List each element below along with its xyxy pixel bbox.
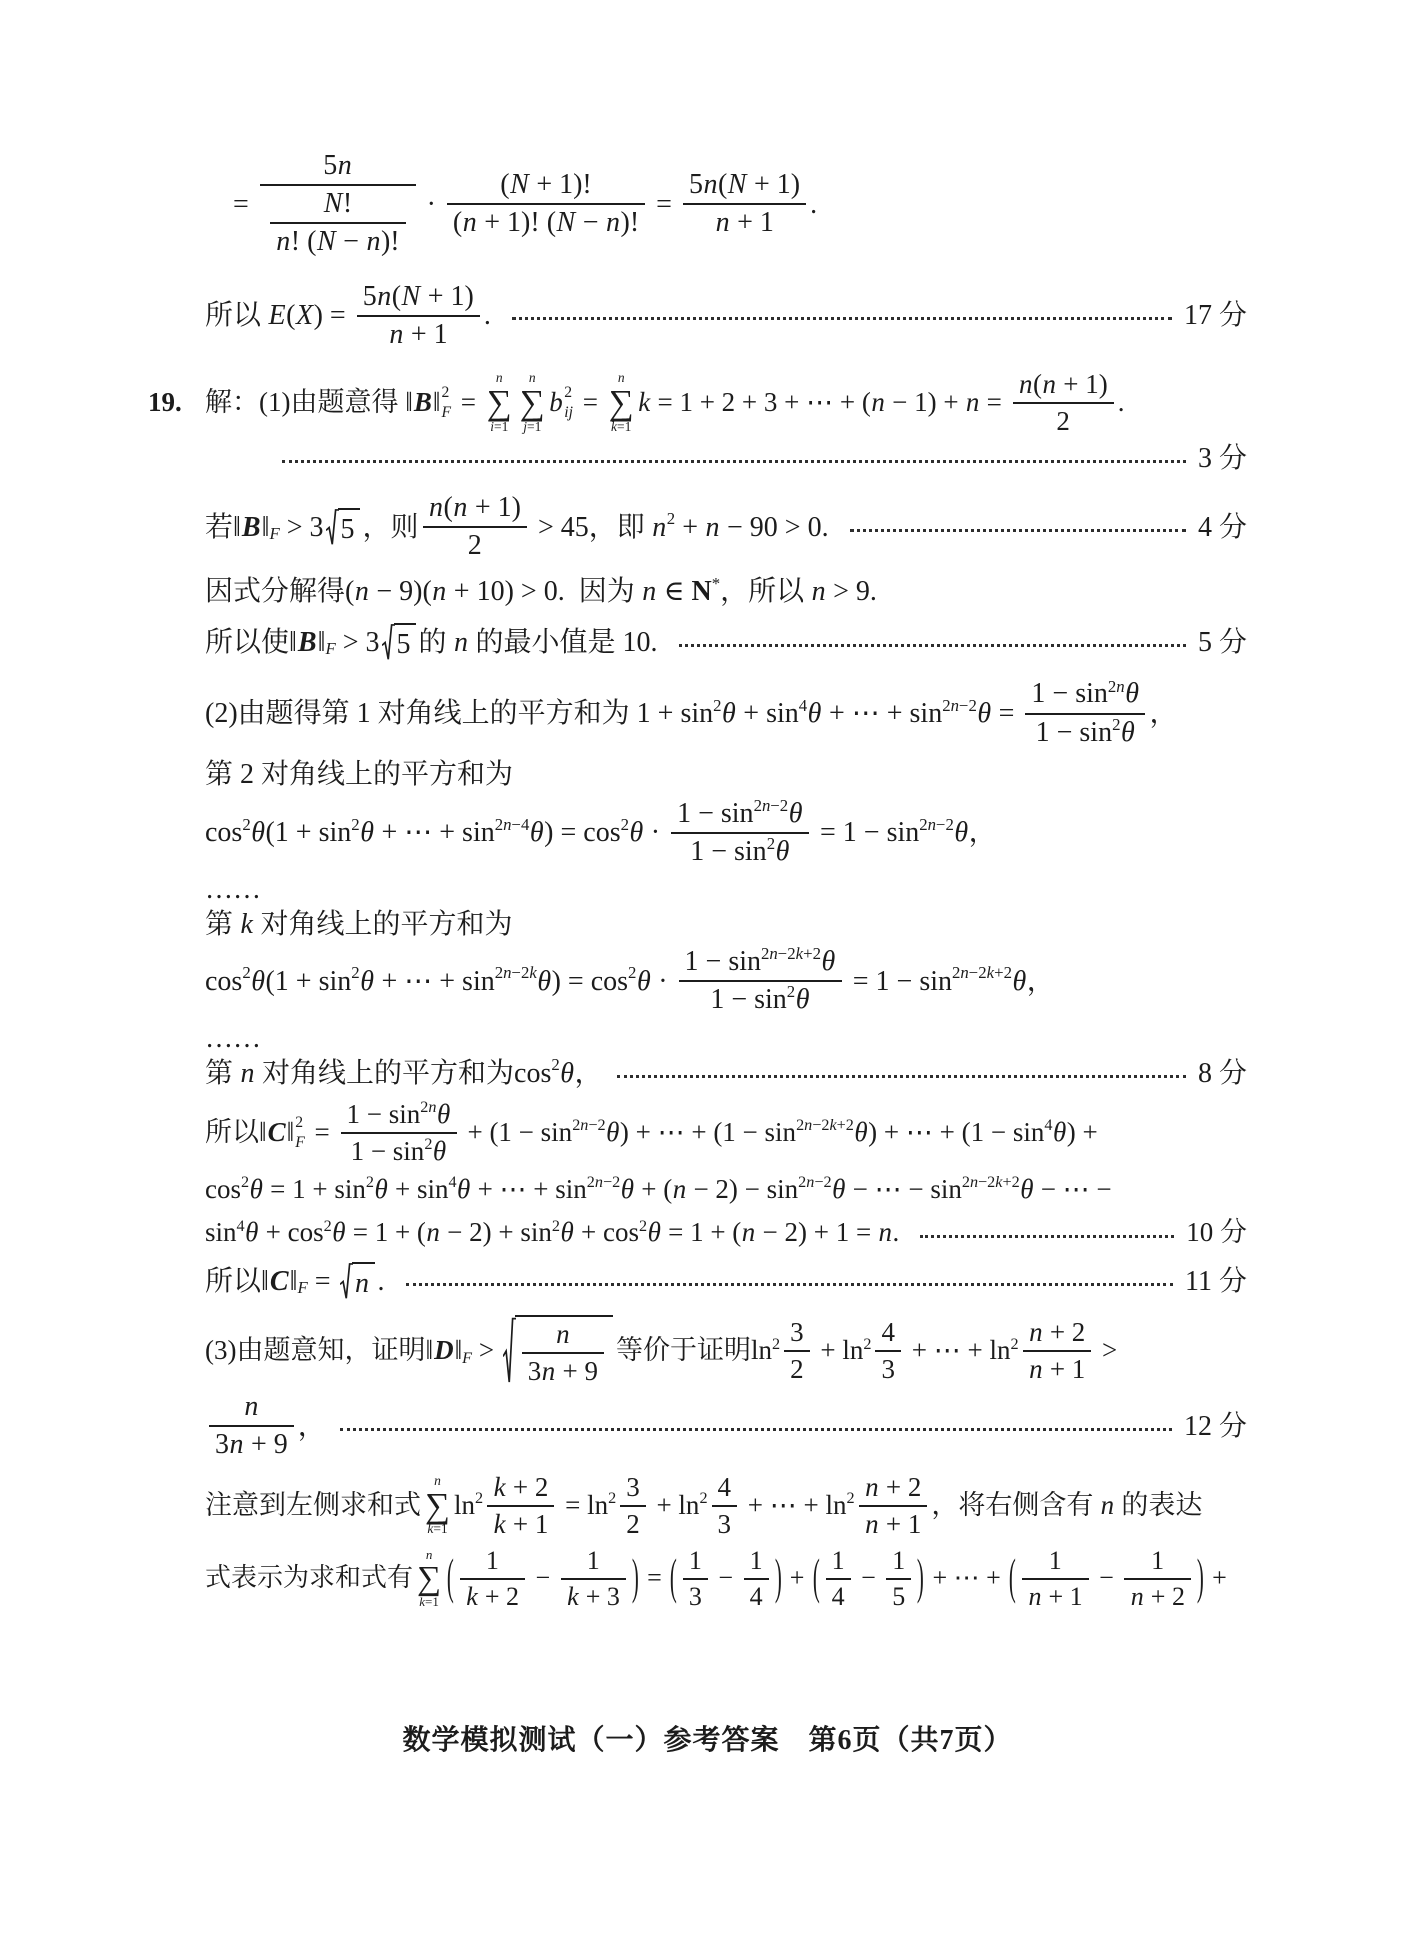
fraction: 1n + 2 (1124, 1546, 1191, 1612)
superscript: 2 (366, 1174, 374, 1190)
stretched-paren: ( (1009, 1548, 1016, 1610)
scanned-answer-page: = 5nN!n! (N − n)! · (N + 1)!(n + 1)! (N … (0, 0, 1415, 1939)
superscript: 2 (667, 511, 675, 528)
superscript: 2 (1112, 717, 1120, 734)
superscript: 2 (621, 817, 629, 834)
radical-sign-icon (503, 1315, 516, 1387)
line-score-3: 3 分 (268, 441, 1247, 476)
fraction: 1n + 1 (1022, 1546, 1089, 1612)
fraction: 32 (784, 1317, 810, 1385)
score-badge: 8 分 (1198, 1056, 1247, 1091)
fraction: 1 − sin2n−2k+2θ1 − sin2θ (679, 946, 842, 1016)
superscript: 4 (237, 1218, 245, 1234)
stretched-paren: ) (632, 1548, 639, 1610)
superscript: 2 (767, 836, 775, 853)
fraction: 1k + 2 (460, 1546, 525, 1612)
line-part3-setup: (3)由题意知，证明‖D‖F > n3n + 9等价于证明ln232 + ln2… (205, 1315, 1247, 1387)
fraction: 1 − sin2n−2θ1 − sin2θ (671, 798, 809, 868)
superscript: 2 (608, 1490, 616, 1506)
sup-sub-scripts: 2F (295, 1115, 305, 1150)
radical: 5 (326, 508, 360, 547)
superscript: * (712, 576, 720, 593)
line-norm-C-squared: 所以‖C‖2F = 1 − sin2nθ1 − sin2θ + (1 − sin… (205, 1099, 1247, 1167)
line-norm-C-result: 所以‖C‖F = n. 11 分 (205, 1262, 1247, 1301)
superscript: 2 (241, 1174, 249, 1190)
footer-text: 数学模拟测试（一）参考答案 第6页（共7页） (402, 1725, 1012, 1756)
matrix-symbol: C (267, 1116, 287, 1150)
line-right-sum: 式表示为求和式有n∑k=1(1k + 2 − 1k + 3) = (13 − 1… (205, 1546, 1247, 1612)
superscript: 2 (242, 817, 250, 834)
matrix-symbol: B (413, 386, 433, 420)
line-problem-19-part1: 19.解：(1)由题意得 ‖B‖2F = n∑i=1n∑j=1b2ij = n∑… (148, 369, 1247, 437)
problem-number: 19. (148, 386, 205, 420)
radical: n3n + 9 (503, 1315, 613, 1387)
fraction: N!n! (N − n)! (270, 188, 406, 258)
fraction: 14 (744, 1546, 769, 1612)
fraction: k + 2k + 1 (487, 1472, 554, 1540)
superscript: 2n−2 (572, 1117, 605, 1133)
superscript: 2 (628, 965, 636, 982)
answer-content: = 5nN!n! (N − n)! · (N + 1)!(n + 1)! (N … (148, 150, 1247, 1611)
fraction: n3n + 9 (522, 1319, 604, 1387)
superscript: 4 (448, 1174, 456, 1190)
radical: n (340, 1262, 375, 1301)
superscript: 2n−2 (798, 1174, 831, 1190)
line-diagonal-k-label: 第 k 对角线上的平方和为 (205, 907, 1247, 942)
line-telescoping-1: cos2θ = 1 + sin2θ + sin4θ + ⋯ + sin2n−2θ… (205, 1173, 1247, 1207)
line-ellipsis: …… (205, 872, 1247, 907)
superscript: 2n−2 (587, 1174, 620, 1190)
fraction: 32 (620, 1472, 646, 1540)
subscript: F (297, 1280, 307, 1297)
fraction: n3n + 9 (209, 1391, 294, 1461)
fraction: 15 (886, 1546, 911, 1612)
superscript: 2 (787, 984, 795, 1001)
superscript: 2 (863, 1336, 871, 1352)
dotted-leader (920, 1235, 1174, 1238)
superscript: 2n (1108, 679, 1125, 696)
fraction: 13 (683, 1546, 708, 1612)
superscript: 2 (242, 965, 250, 982)
dotted-leader (679, 644, 1186, 647)
fraction: n(n + 1)2 (1013, 369, 1114, 437)
summation: n∑k=1 (609, 371, 634, 434)
line-diagonal-2-formula: cos2θ(1 + sin2θ + ⋯ + sin2n−4θ) = cos2θ … (205, 798, 1247, 868)
fraction: n + 2n + 1 (859, 1472, 928, 1540)
superscript: 2n−4 (495, 817, 530, 834)
superscript: 2 (699, 1490, 707, 1506)
superscript: 2n−2k+2 (796, 1117, 854, 1133)
superscript: 4 (799, 698, 807, 715)
stretched-paren: ( (813, 1548, 820, 1610)
superscript: 2n−2k+2 (952, 965, 1012, 982)
line-telescoping-2: sin4θ + cos2θ = 1 + (n − 2) + sin2θ + co… (205, 1216, 1247, 1250)
line-ellipsis: …… (205, 1021, 1247, 1056)
superscript: 2 (639, 1218, 647, 1234)
superscript: 2n (420, 1099, 436, 1115)
page-footer: 数学模拟测试（一）参考答案 第6页（共7页） (0, 1718, 1415, 1758)
fraction: 43 (712, 1472, 738, 1540)
sup-sub-scripts: 2ij (564, 385, 573, 420)
fraction: (N + 1)!(n + 1)! (N − n)! (447, 169, 645, 239)
score-badge: 12 分 (1184, 1409, 1247, 1444)
formula-line-expectation-derivation: = 5nN!n! (N − n)! · (N + 1)!(n + 1)! (N … (233, 150, 1247, 259)
stretched-paren: ) (774, 1548, 781, 1610)
line-factoring: 因式分解得(n − 9)(n + 10) > 0. 因为 n ∈ N*，所以 n… (205, 574, 1247, 609)
summation: n∑k=1 (417, 1548, 441, 1609)
line-expectation-result: 所以 E(X) = 5n(N + 1)n + 1. 17 分 (205, 281, 1247, 351)
superscript: 2 (1010, 1336, 1018, 1352)
score-badge: 4 分 (1198, 510, 1247, 545)
dotted-leader (512, 317, 1172, 320)
stretched-paren: ) (1197, 1548, 1204, 1610)
fraction: 5n(N + 1)n + 1 (357, 281, 480, 351)
stretched-paren: ( (447, 1548, 454, 1610)
matrix-symbol: C (269, 1264, 290, 1299)
superscript: 2 (772, 1336, 780, 1352)
line-part2-diagonal-1: (2)由题得第 1 对角线上的平方和为 1 + sin2θ + sin4θ + … (205, 678, 1247, 748)
fraction: n + 2n + 1 (1023, 1317, 1092, 1385)
fraction: 14 (826, 1546, 851, 1612)
superscript: 2 (351, 817, 359, 834)
superscript: 2n−2k+2 (761, 946, 821, 963)
superscript: 2 (424, 1136, 432, 1152)
line-inequality-setup: 若‖B‖F > 35，则n(n + 1)2 > 45，即 n2 + n − 90… (205, 492, 1247, 562)
score-badge: 10 分 (1186, 1216, 1247, 1250)
superscript: 2n−2 (942, 698, 977, 715)
score-badge: 5 分 (1198, 625, 1247, 660)
score-badge: 11 分 (1185, 1264, 1247, 1299)
stretched-paren: ( (670, 1548, 677, 1610)
score-badge: 3 分 (1198, 441, 1247, 476)
summation: n∑k=1 (425, 1474, 450, 1537)
superscript: 2 (351, 965, 359, 982)
superscript: 2 (847, 1490, 855, 1506)
sup-sub-scripts: 2F (441, 385, 451, 420)
line-diagonal-k-formula: cos2θ(1 + sin2θ + ⋯ + sin2n−2kθ) = cos2θ… (205, 946, 1247, 1016)
summation: n∑j=1 (520, 371, 545, 434)
radical-sign-icon (382, 623, 395, 662)
superscript: 2 (324, 1218, 332, 1234)
matrix-symbol: D (433, 1334, 455, 1368)
line-diagonal-n: 第 n 对角线上的平方和为cos2θ，8 分 (205, 1056, 1247, 1091)
subscript: F (462, 1350, 472, 1366)
radical-sign-icon (340, 1262, 353, 1301)
dotted-leader (340, 1428, 1172, 1431)
superscript: 2 (552, 1218, 560, 1234)
superscript: 4 (1044, 1117, 1052, 1133)
matrix-symbol: B (241, 510, 262, 545)
dotted-leader (406, 1283, 1174, 1286)
stretched-paren: ) (917, 1548, 924, 1610)
superscript: 2n−2k (495, 965, 537, 982)
superscript: 2 (475, 1490, 483, 1506)
fraction: 1 − sin2nθ1 − sin2θ (1025, 678, 1145, 748)
superscript: 2n−2k+2 (962, 1174, 1020, 1190)
radical-sign-icon (326, 508, 339, 547)
dotted-leader (617, 1075, 1186, 1078)
fraction: 5n(N + 1)n + 1 (683, 169, 806, 239)
superscript: 2 (713, 698, 721, 715)
summation: n∑i=1 (487, 371, 512, 434)
line-minimum-value: 所以使‖B‖F > 35的 n 的最小值是 10. 5 分 (205, 623, 1247, 662)
matrix-symbol: B (297, 625, 318, 660)
fraction: n(n + 1)2 (423, 492, 527, 562)
subscript: F (269, 526, 279, 543)
fraction: 5nN!n! (N − n)! (260, 150, 416, 259)
subscript: F (325, 641, 335, 658)
superscript: 2 (551, 1057, 559, 1074)
superscript: 2n−2 (919, 817, 954, 834)
radical: 5 (382, 623, 416, 662)
superscript: 2n−2 (754, 798, 789, 815)
fraction: 1k + 3 (561, 1546, 626, 1612)
fraction: 43 (875, 1317, 901, 1385)
line-diagonal-2-label: 第 2 对角线上的平方和为 (205, 757, 1247, 792)
dotted-leader (850, 529, 1186, 532)
line-part3-rhs: n3n + 9，12 分 (205, 1391, 1247, 1461)
line-left-sum: 注意到左侧求和式n∑k=1ln2k + 2k + 1 = ln232 + ln2… (205, 1472, 1247, 1540)
score-badge: 17 分 (1184, 298, 1247, 333)
fraction: 1 − sin2nθ1 − sin2θ (341, 1099, 457, 1167)
dotted-leader (282, 460, 1186, 463)
